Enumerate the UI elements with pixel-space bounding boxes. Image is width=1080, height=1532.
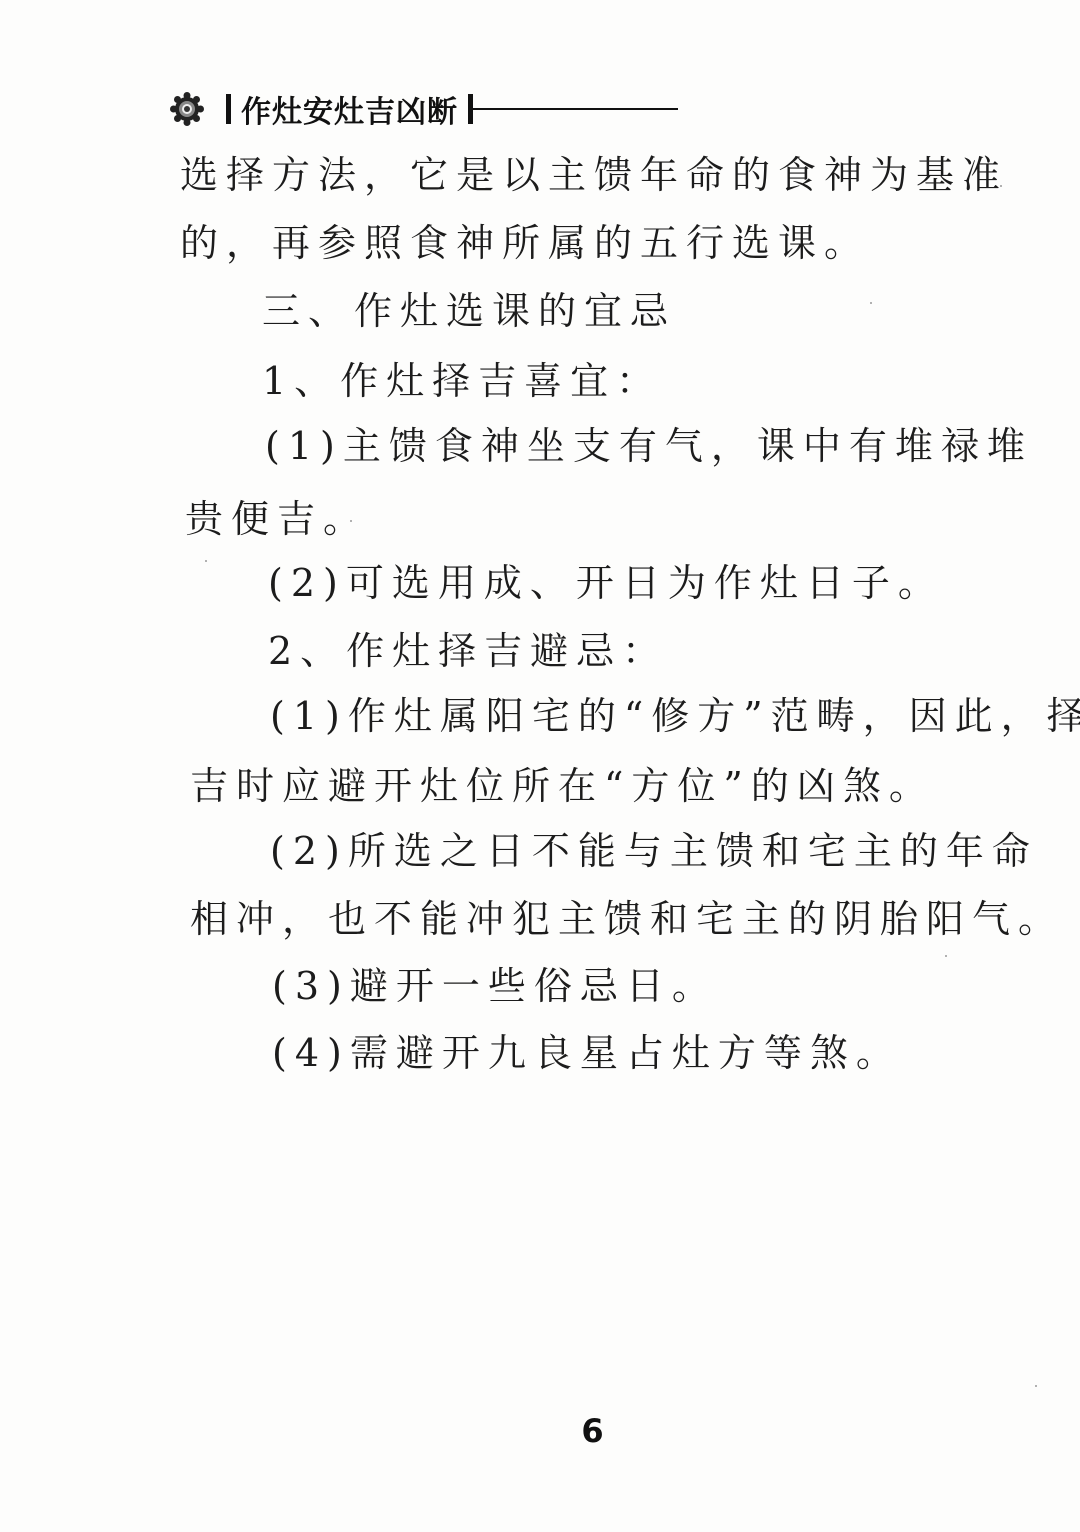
header-divider-left (226, 94, 231, 124)
list-item-continuation: 吉时应避开灶位所在“方位”的凶煞。 (190, 755, 935, 810)
scan-speck (870, 302, 872, 304)
list-item: (3)避开一些俗忌日。 (272, 955, 718, 1010)
book-page: 作灶安灶吉凶断 选择方法，它是以主馈年命的食神为基准 的，再参照食神所属的五行选… (0, 0, 1080, 1532)
header-title: 作灶安灶吉凶断 (241, 87, 458, 131)
list-item-continuation: 贵便吉。 (185, 488, 369, 543)
scan-speck (350, 520, 352, 522)
list-item: (2)可选用成、开日为作灶日子。 (268, 552, 944, 607)
list-item: (2)所选之日不能与主馈和宅主的年命 (270, 820, 1038, 875)
list-item: (4)需避开九良星占灶方等煞。 (272, 1022, 902, 1077)
scan-speck (205, 560, 207, 562)
list-item-continuation: 相冲，也不能冲犯主馈和宅主的阴胎阳气。 (190, 888, 1064, 943)
list-item: (1)作灶属阳宅的“修方”范畴，因此，择 (270, 685, 1080, 740)
scan-speck (1000, 185, 1002, 187)
page-number: 6 (0, 1412, 1080, 1450)
list-item: (1)主馈食神坐支有气，课中有堆禄堆 (265, 415, 1033, 470)
section-heading: 三、作灶选课的宜忌 (262, 280, 676, 335)
running-header: 作灶安灶吉凶断 (170, 88, 678, 130)
flower-emblem-icon (170, 92, 204, 126)
scan-speck (1035, 1385, 1037, 1387)
header-rule (473, 108, 678, 110)
subsection-heading: 1、作灶择吉喜宜： (262, 350, 662, 405)
paragraph-line: 选择方法，它是以主馈年命的食神为基准 (180, 144, 1008, 199)
paragraph-line: 的，再参照食神所属的五行选课。 (180, 212, 870, 267)
scan-speck (945, 955, 947, 957)
subsection-heading: 2、作灶择吉避忌： (268, 620, 668, 675)
